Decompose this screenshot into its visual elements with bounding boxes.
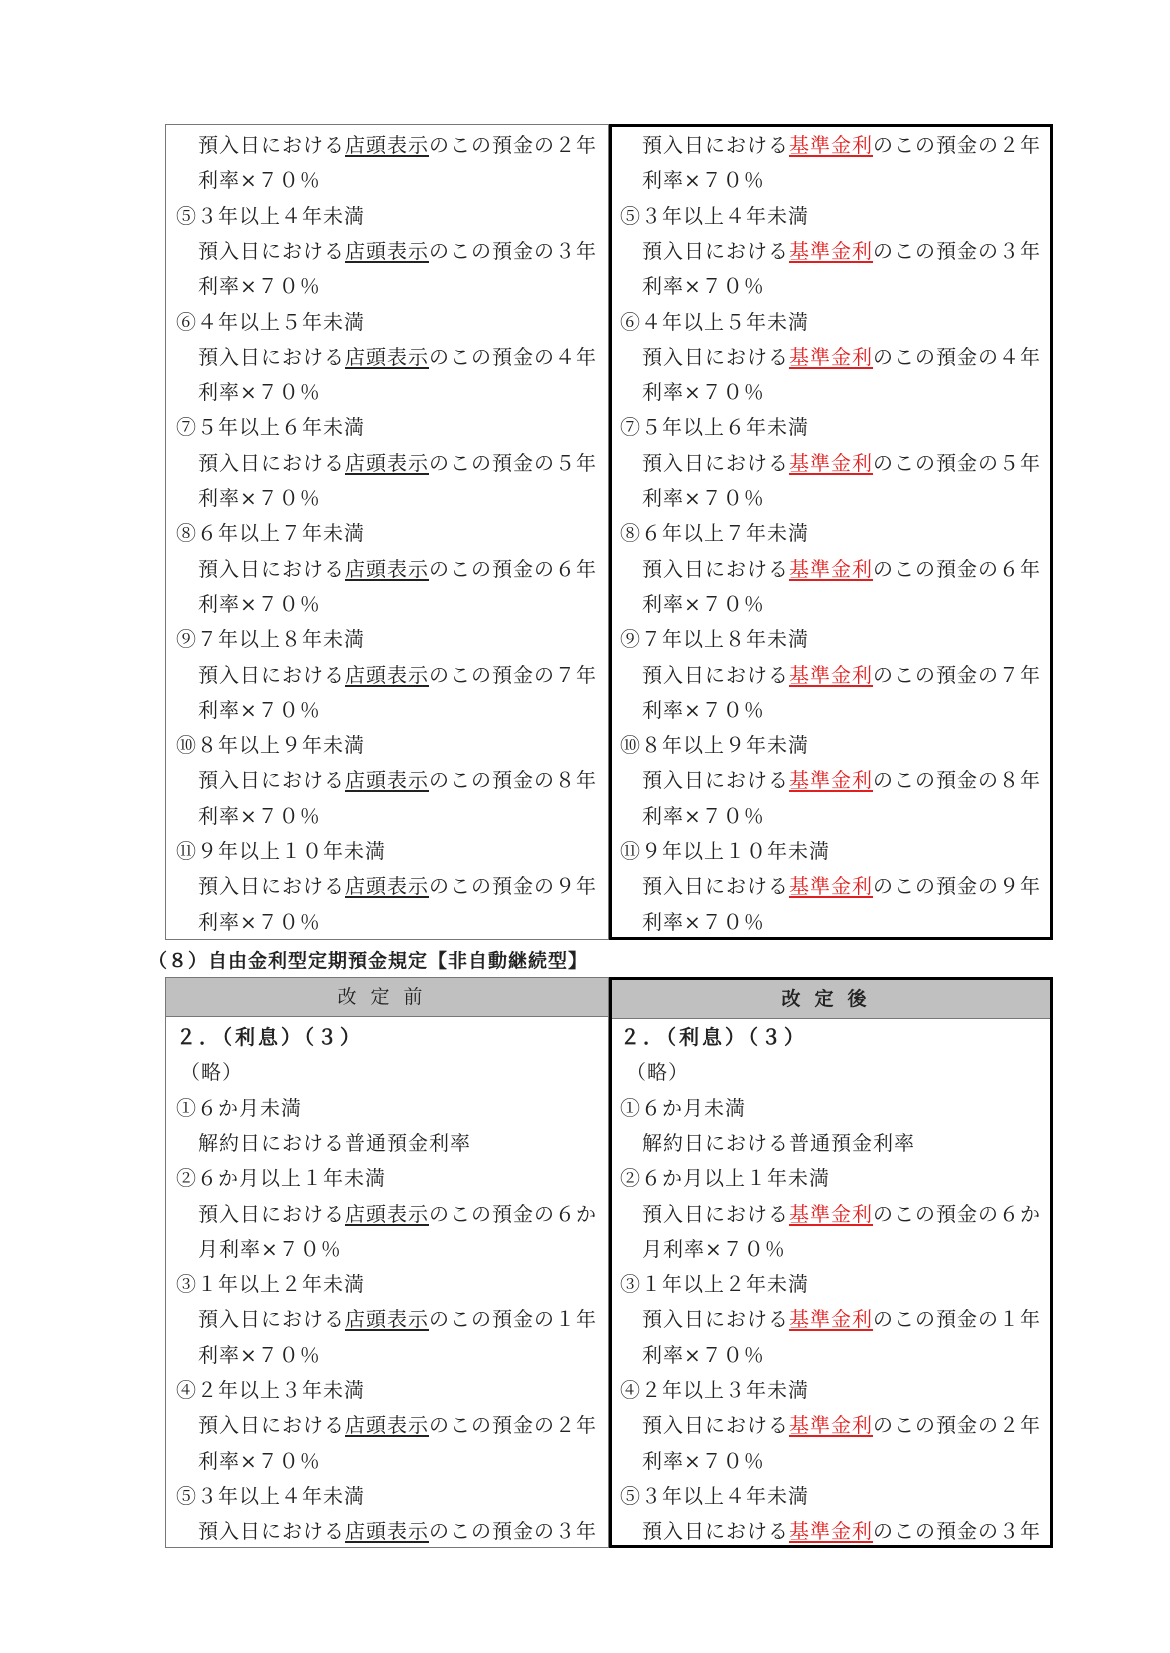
line-text: 預入日における [642, 1413, 789, 1437]
rate-description-line: 預入日における店頭表示のこの預金の３年 [176, 1514, 597, 1549]
line-text: 預入日における [198, 663, 345, 687]
line-text: のこの預金の５年 [429, 451, 597, 475]
term-period-item: ⑪９年以上１０年未満 [176, 834, 386, 869]
line-text: のこの預金の７年 [429, 663, 597, 687]
term-period-item: ⑧６年以上７年未満 [620, 516, 809, 551]
continuation-line: 解約日における普通預金利率 [620, 1126, 915, 1161]
rate-description-line: 預入日における店頭表示のこの預金の５年 [176, 446, 597, 481]
revised-term: 基準金利 [789, 768, 873, 792]
comparison-table-section-8: 改定前 ２．（利息）（３）（略）①６か月未満解約日における普通預金利率②６か月以… [165, 977, 1053, 1548]
continuation-line: 利率×７０％ [620, 375, 765, 410]
line-text: のこの預金の５年 [873, 451, 1041, 475]
continuation-line: 利率×７０％ [620, 163, 765, 198]
line-text: 預入日における [642, 557, 789, 581]
term-period-item: ②６か月以上１年未満 [176, 1161, 386, 1196]
line-text: のこの預金の４年 [429, 345, 597, 369]
line-text: のこの預金の２年 [429, 133, 597, 157]
continuation-line: 利率×７０％ [620, 1444, 765, 1479]
original-term: 店頭表示 [345, 239, 429, 263]
line-text: 預入日における [198, 1519, 345, 1543]
line-text: のこの預金の４年 [873, 345, 1041, 369]
rate-description-line: 預入日における基準金利のこの預金の１年 [620, 1302, 1041, 1337]
term-period-item: ⑪９年以上１０年未満 [620, 834, 830, 869]
term-period-item: ⑦５年以上６年未満 [620, 410, 809, 445]
line-text: 預入日における [642, 1519, 789, 1543]
term-period-item: ⑤３年以上４年未満 [620, 199, 809, 234]
line-text: 預入日における [198, 874, 345, 898]
rate-description-line: 預入日における基準金利のこの預金の２年 [620, 128, 1041, 163]
rate-description-line: 預入日における店頭表示のこの預金の３年 [176, 234, 597, 269]
revised-term: 基準金利 [789, 1519, 873, 1543]
original-term: 店頭表示 [345, 345, 429, 369]
line-text: 預入日における [198, 768, 345, 792]
line-text: 預入日における [642, 768, 789, 792]
line-text: 預入日における [198, 345, 345, 369]
continuation-line: 月利率×７０％ [620, 1232, 786, 1267]
line-text: 預入日における [642, 133, 789, 157]
continuation-line: 利率×７０％ [176, 1444, 321, 1479]
line-text: 預入日における [642, 1307, 789, 1331]
term-period-item: ⑨７年以上８年未満 [176, 622, 365, 657]
line-text: のこの預金の３年 [429, 239, 597, 263]
original-term: 店頭表示 [345, 1307, 429, 1331]
line-text: 預入日における [198, 239, 345, 263]
line-text: のこの預金の３年 [873, 1519, 1041, 1543]
continuation-line: 利率×７０％ [620, 269, 765, 304]
rate-description-line: 預入日における店頭表示のこの預金の６年 [176, 552, 597, 587]
term-period-item: ⑦５年以上６年未満 [176, 410, 365, 445]
original-term: 店頭表示 [345, 557, 429, 581]
term-period-item: ⑥４年以上５年未満 [176, 305, 365, 340]
line-text: のこの預金の６か [873, 1202, 1041, 1226]
continuation-line: 利率×７０％ [176, 799, 321, 834]
continuation-line: 利率×７０％ [620, 693, 765, 728]
line-text: のこの預金の６年 [429, 557, 597, 581]
continuation-line: 利率×７０％ [620, 905, 765, 940]
term-period-item: ⑥４年以上５年未満 [620, 305, 809, 340]
rate-description-line: 預入日における店頭表示のこの預金の４年 [176, 340, 597, 375]
clause-title: ２．（利息）（３） [620, 1020, 807, 1055]
term-period-item: ⑧６年以上７年未満 [176, 516, 365, 551]
continuation-line: 解約日における普通預金利率 [176, 1126, 471, 1161]
line-text: のこの預金の１年 [873, 1307, 1041, 1331]
revised-term: 基準金利 [789, 557, 873, 581]
rate-description-line: 預入日における基準金利のこの預金の９年 [620, 869, 1041, 904]
continuation-line: 利率×７０％ [176, 163, 321, 198]
line-text: のこの預金の３年 [429, 1519, 597, 1543]
continuation-line: 月利率×７０％ [176, 1232, 342, 1267]
rate-description-line: 預入日における店頭表示のこの預金の７年 [176, 658, 597, 693]
original-term: 店頭表示 [345, 133, 429, 157]
rate-description-line: 預入日における基準金利のこの預金の６年 [620, 552, 1041, 587]
continuation-line: 利率×７０％ [620, 1338, 765, 1373]
rate-description-line: 預入日における基準金利のこの預金の７年 [620, 658, 1041, 693]
line-text: 預入日における [642, 345, 789, 369]
term-period-item: ②６か月以上１年未満 [620, 1161, 830, 1196]
revised-term: 基準金利 [789, 1413, 873, 1437]
continuation-line: 利率×７０％ [176, 481, 321, 516]
continuation-line: 利率×７０％ [176, 587, 321, 622]
column-before-revision: 改定前 ２．（利息）（３）（略）①６か月未満解約日における普通預金利率②６か月以… [165, 977, 609, 1548]
revised-term: 基準金利 [789, 1202, 873, 1226]
line-text: のこの預金の１年 [429, 1307, 597, 1331]
rate-description-line: 預入日における店頭表示のこの預金の２年 [176, 1408, 597, 1443]
term-period-item: ⑩８年以上９年未満 [176, 728, 365, 763]
rate-description-line: 預入日における基準金利のこの預金の３年 [620, 1514, 1041, 1549]
continuation-line: 利率×７０％ [176, 269, 321, 304]
line-text: 預入日における [642, 663, 789, 687]
term-period-item: ⑩８年以上９年未満 [620, 728, 809, 763]
column-header-before: 改定前 [166, 978, 608, 1017]
line-text: のこの預金の６年 [873, 557, 1041, 581]
term-period-item: ⑤３年以上４年未満 [176, 199, 365, 234]
term-period-item: ①６か月未満 [176, 1091, 302, 1126]
original-term: 店頭表示 [345, 1202, 429, 1226]
line-text: 預入日における [198, 1413, 345, 1437]
comparison-table-continued: 預入日における店頭表示のこの預金の２年利率×７０％⑤３年以上４年未満預入日におけ… [165, 124, 1053, 940]
term-period-item: ①６か月未満 [620, 1091, 746, 1126]
line-text: のこの預金の２年 [873, 1413, 1041, 1437]
original-term: 店頭表示 [345, 663, 429, 687]
column-after-revision: 改定後 ２．（利息）（３）（略）①６か月未満解約日における普通預金利率②６か月以… [609, 977, 1053, 1548]
rate-description-line: 預入日における店頭表示のこの預金の１年 [176, 1302, 597, 1337]
revised-term: 基準金利 [789, 345, 873, 369]
rate-description-line: 預入日における基準金利のこの預金の５年 [620, 446, 1041, 481]
original-term: 店頭表示 [345, 451, 429, 475]
continuation-line: 利率×７０％ [176, 905, 321, 940]
rate-description-line: 預入日における店頭表示のこの預金の６か [176, 1197, 597, 1232]
column-after-revision: 預入日における基準金利のこの預金の２年利率×７０％⑤３年以上４年未満預入日におけ… [609, 124, 1053, 940]
line-text: のこの預金の２年 [873, 133, 1041, 157]
rate-description-line: 預入日における店頭表示のこの預金の８年 [176, 763, 597, 798]
line-text: のこの預金の８年 [429, 768, 597, 792]
original-term: 店頭表示 [345, 1519, 429, 1543]
line-text: 預入日における [198, 1307, 345, 1331]
term-period-item: ⑨７年以上８年未満 [620, 622, 809, 657]
term-period-item: ③１年以上２年未満 [176, 1267, 365, 1302]
continuation-line: 利率×７０％ [620, 799, 765, 834]
column-before-revision: 預入日における店頭表示のこの預金の２年利率×７０％⑤３年以上４年未満預入日におけ… [165, 124, 609, 940]
revised-term: 基準金利 [789, 663, 873, 687]
rate-description-line: 預入日における基準金利のこの預金の８年 [620, 763, 1041, 798]
line-text: のこの預金の３年 [873, 239, 1041, 263]
section-heading: （８）自由金利型定期預金規定【非自動継続型】 [148, 946, 588, 973]
term-period-item: ④２年以上３年未満 [620, 1373, 809, 1408]
rate-description-line: 預入日における基準金利のこの預金の３年 [620, 234, 1041, 269]
line-text: のこの預金の２年 [429, 1413, 597, 1437]
line-text: 預入日における [642, 451, 789, 475]
revised-term: 基準金利 [789, 133, 873, 157]
line-text: のこの預金の９年 [873, 874, 1041, 898]
revised-term: 基準金利 [789, 239, 873, 263]
rate-description-line: 預入日における店頭表示のこの預金の２年 [176, 128, 597, 163]
omitted-note: （略） [180, 1055, 243, 1090]
continuation-line: 利率×７０％ [620, 587, 765, 622]
term-period-item: ⑤３年以上４年未満 [176, 1479, 365, 1514]
original-term: 店頭表示 [345, 1413, 429, 1437]
clause-title: ２．（利息）（３） [176, 1020, 363, 1055]
original-term: 店頭表示 [345, 874, 429, 898]
rate-description-line: 預入日における基準金利のこの預金の６か [620, 1197, 1041, 1232]
line-text: 預入日における [642, 874, 789, 898]
line-text: 預入日における [198, 1202, 345, 1226]
line-text: 預入日における [642, 239, 789, 263]
term-period-item: ⑤３年以上４年未満 [620, 1479, 809, 1514]
revised-term: 基準金利 [789, 874, 873, 898]
line-text: 預入日における [198, 451, 345, 475]
continuation-line: 利率×７０％ [620, 481, 765, 516]
continuation-line: 利率×７０％ [176, 693, 321, 728]
continuation-line: 利率×７０％ [176, 375, 321, 410]
rate-description-line: 預入日における基準金利のこの預金の２年 [620, 1408, 1041, 1443]
term-period-item: ④２年以上３年未満 [176, 1373, 365, 1408]
revised-term: 基準金利 [789, 1307, 873, 1331]
column-header-after: 改定後 [612, 980, 1050, 1019]
line-text: 預入日における [198, 133, 345, 157]
original-term: 店頭表示 [345, 768, 429, 792]
continuation-line: 利率×７０％ [176, 1338, 321, 1373]
line-text: のこの預金の６か [429, 1202, 597, 1226]
line-text: のこの預金の９年 [429, 874, 597, 898]
line-text: のこの預金の８年 [873, 768, 1041, 792]
line-text: のこの預金の７年 [873, 663, 1041, 687]
line-text: 預入日における [198, 557, 345, 581]
omitted-note: （略） [626, 1055, 689, 1090]
term-period-item: ③１年以上２年未満 [620, 1267, 809, 1302]
rate-description-line: 預入日における店頭表示のこの預金の９年 [176, 869, 597, 904]
line-text: 預入日における [642, 1202, 789, 1226]
revised-term: 基準金利 [789, 451, 873, 475]
rate-description-line: 預入日における基準金利のこの預金の４年 [620, 340, 1041, 375]
